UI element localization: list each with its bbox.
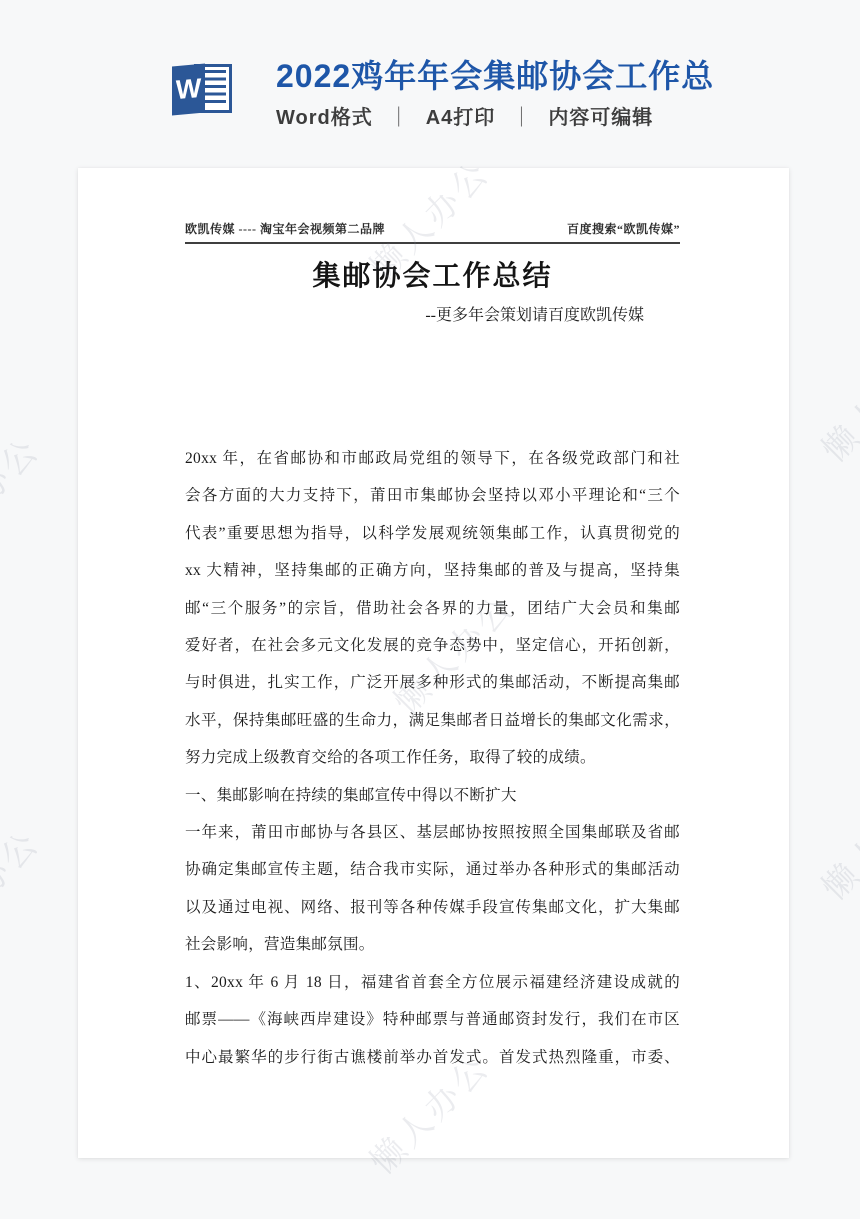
document-header: 欧凯传媒 ---- 淘宝年会视频第二品牌 百度搜索“欧凯传媒” [185,220,680,244]
doc-line: 邮票——《海峡西岸建设》特种邮票与普通邮资封发行，我们在市区 [185,1001,680,1038]
doc-line: 爱好者，在社会多元文化发展的竞争态势中，坚定信心，开拓创新， [185,627,680,664]
doc-line: xx 大精神，坚持集邮的正确方向，坚持集邮的普及与提高，坚持集 [185,552,680,589]
doc-line: 1、20xx 年 6 月 18 日，福建省首套全方位展示福建经济建设成就的 [185,964,680,1001]
watermark: 懒人办公 [0,424,49,566]
header-text: 2022鸡年年会集邮协会工作总 Word格式 ｜ A4打印 ｜ 内容可编辑 [276,58,714,130]
document-title: 集邮协会工作总结 [185,258,680,296]
document-subtitle: --更多年会策划请百度欧凯传媒 [185,304,680,328]
document-page: 欧凯传媒 ---- 淘宝年会视频第二品牌 百度搜索“欧凯传媒” 集邮协会工作总结… [78,168,789,1158]
doc-line: 水平，保持集邮旺盛的生命力，满足集邮者日益增长的集邮文化需求， [185,702,680,739]
file-feature-list: Word格式 ｜ A4打印 ｜ 内容可编辑 [276,101,714,130]
document-header-left: 欧凯传媒 ---- 淘宝年会视频第二品牌 [185,220,385,237]
doc-line: 20xx 年，在省邮协和市邮政局党组的领导下，在各级党政部门和社 [185,440,680,477]
doc-line: 以及通过电视、网络、报刊等各种传媒手段宣传集邮文化，扩大集邮 [185,889,680,926]
doc-line: 邮“三个服务”的宗旨，借助社会各界的力量，团结广大会员和集邮 [185,590,680,627]
document-header-right: 百度搜索“欧凯传媒” [567,220,680,237]
feature-separator: ｜ [389,101,410,130]
word-file-icon: W [172,62,232,118]
word-icon-cover: W [172,64,205,116]
feature-print: A4打印 [426,101,496,130]
doc-line: 努力完成上级教育交给的各项工作任务，取得了较的成绩。 [185,739,680,776]
watermark: 懒人办公 [809,767,860,909]
watermark: 懒人办公 [0,817,49,959]
doc-line: 会各方面的大力支持下，莆田市集邮协会坚持以邓小平理论和“三个 [185,477,680,514]
doc-line: 一年来，莆田市邮协与各县区、基层邮协按照按照全国集邮联及省邮 [185,814,680,851]
page-title: 2022鸡年年会集邮协会工作总 [276,58,714,94]
feature-format: Word格式 [276,101,373,130]
doc-line: 一、集邮影响在持续的集邮宣传中得以不断扩大 [185,777,680,814]
doc-body: 20xx 年，在省邮协和市邮政局党组的领导下，在各级党政部门和社会各方面的大力支… [185,440,680,1076]
doc-line: 与时俱进，扎实工作，广泛开展多种形式的集邮活动，不断提高集邮 [185,664,680,701]
feature-separator: ｜ [511,101,532,130]
doc-line: 代表”重要思想为指导，以科学发展观统领集邮工作，认真贯彻党的 [185,515,680,552]
preview-header: W 2022鸡年年会集邮协会工作总 Word格式 ｜ A4打印 ｜ 内容可编辑 [172,58,714,130]
feature-editable: 内容可编辑 [548,101,653,130]
doc-line: 社会影响，营造集邮氛围。 [185,926,680,963]
word-icon-letter: W [176,73,201,106]
doc-line: 协确定集邮宣传主题，结合我市实际，通过举办各种形式的集邮活动 [185,851,680,888]
watermark: 懒人办公 [809,329,860,471]
doc-line: 中心最繁华的步行街古谯楼前举办首发式。首发式热烈隆重，市委、 [185,1039,680,1076]
